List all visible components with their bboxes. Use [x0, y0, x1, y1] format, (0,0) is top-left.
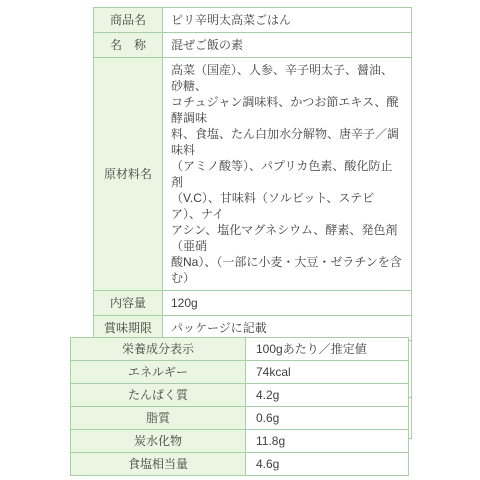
row-value: ピリ辛明太高菜ごはん	[163, 8, 412, 33]
table-row-net-content: 内容量 120g	[94, 291, 412, 316]
row-value: 0.6g	[246, 407, 409, 430]
table-row-fat: 脂質 0.6g	[71, 407, 409, 430]
table-row-category: 名 称 混ぜご飯の素	[94, 33, 412, 58]
row-label: エネルギー	[71, 361, 246, 384]
row-value: 混ぜご飯の素	[163, 33, 412, 58]
row-label: たんぱく質	[71, 384, 246, 407]
table-row-energy: エネルギー 74kcal	[71, 361, 409, 384]
row-label: 名 称	[94, 33, 163, 58]
row-label: 食塩相当量	[71, 453, 246, 476]
row-value: 高菜（国産）、人参、辛子明太子、醤油、砂糖、 コチュジャン調味料、かつお節エキス…	[163, 58, 412, 291]
table-row-carbohydrate: 炭水化物 11.8g	[71, 430, 409, 453]
row-label: 内容量	[94, 291, 163, 316]
table-row-ingredients: 原材料名 高菜（国産）、人参、辛子明太子、醤油、砂糖、 コチュジャン調味料、かつ…	[94, 58, 412, 291]
row-value: 4.2g	[246, 384, 409, 407]
table-row-product-name: 商品名 ピリ辛明太高菜ごはん	[94, 8, 412, 33]
row-label: 原材料名	[94, 58, 163, 291]
row-value: 11.8g	[246, 430, 409, 453]
row-value: 74kcal	[246, 361, 409, 384]
row-value: 120g	[163, 291, 412, 316]
row-label: 商品名	[94, 8, 163, 33]
nutrition-facts-table: 栄養成分表示 100gあたり／推定値 エネルギー 74kcal たんぱく質 4.…	[70, 337, 409, 476]
table-row-nutrition-header: 栄養成分表示 100gあたり／推定値	[71, 338, 409, 361]
row-label: 炭水化物	[71, 430, 246, 453]
row-value: 100gあたり／推定値	[246, 338, 409, 361]
product-detail-page: 商品名 ピリ辛明太高菜ごはん 名 称 混ぜご飯の素 原材料名 高菜（国産）、人参…	[0, 0, 480, 480]
row-label: 栄養成分表示	[71, 338, 246, 361]
table-row-protein: たんぱく質 4.2g	[71, 384, 409, 407]
row-label: 脂質	[71, 407, 246, 430]
table-row-salt-equivalent: 食塩相当量 4.6g	[71, 453, 409, 476]
row-value: 4.6g	[246, 453, 409, 476]
